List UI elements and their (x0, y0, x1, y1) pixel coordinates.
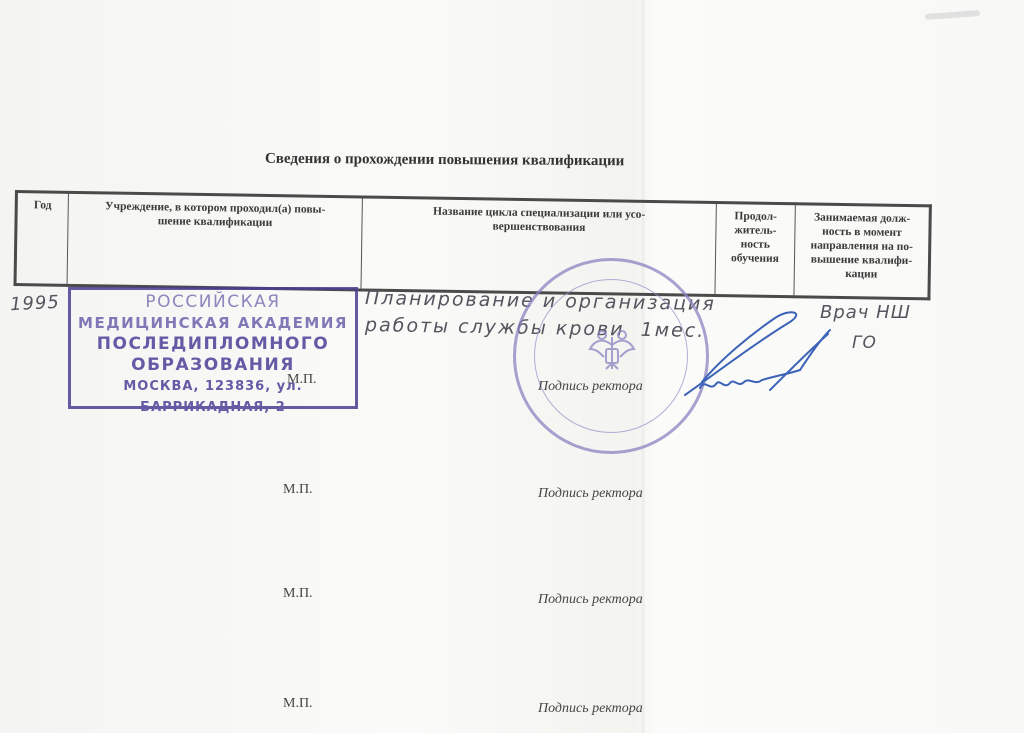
stamp-line: РОССИЙСКАЯ (71, 292, 355, 313)
rector-signature-mark (680, 300, 840, 410)
mp-label-3: М.П. (283, 586, 313, 602)
header-duration: Продол-житель-ностьобучения (715, 203, 795, 297)
row-position-line2: ГО (852, 333, 877, 353)
mp-label-2: М.П. (283, 482, 313, 498)
header-institution-label: Учреждение, в котором проходил(а) повы-ш… (105, 200, 326, 229)
mp-label-1: М.П. (287, 372, 317, 388)
institution-stamp: РОССИЙСКАЯ МЕДИЦИНСКАЯ АКАДЕМИЯ ПОСЛЕДИП… (68, 287, 358, 409)
header-position-label: Занимаемая долж-ность в моментнаправлени… (810, 212, 913, 281)
header-institution: Учреждение, в котором проходил(а) повы-ш… (67, 192, 362, 290)
header-duration-label: Продол-житель-ностьобучения (731, 210, 779, 265)
rector-signature-label-3: Подпись ректора (538, 592, 643, 608)
header-position: Занимаемая долж-ность в моментнаправлени… (794, 204, 930, 299)
mp-label-4: М.П. (283, 696, 313, 712)
stamp-line: МЕДИЦИНСКАЯ АКАДЕМИЯ (71, 313, 355, 334)
table-header-row: Год Учреждение, в котором проходил(а) по… (15, 192, 930, 299)
row-year: 1995 (9, 292, 60, 316)
header-cycle-label: Название цикла специализации или усо-вер… (433, 206, 645, 234)
rector-signature-label-2: Подпись ректора (538, 486, 643, 502)
rector-signature-label-4: Подпись ректора (538, 701, 643, 717)
header-year-label: Год (34, 199, 52, 211)
header-year: Год (15, 192, 68, 286)
rector-signature-label-1: Подпись ректора (538, 379, 643, 395)
qualification-table: Год Учреждение, в котором проходил(а) по… (13, 190, 931, 300)
stamp-line: ПОСЛЕДИПЛОМНОГО (71, 334, 355, 355)
double-headed-eagle-icon (584, 323, 640, 379)
page-title: Сведения о прохождении повышения квалифи… (265, 151, 624, 171)
